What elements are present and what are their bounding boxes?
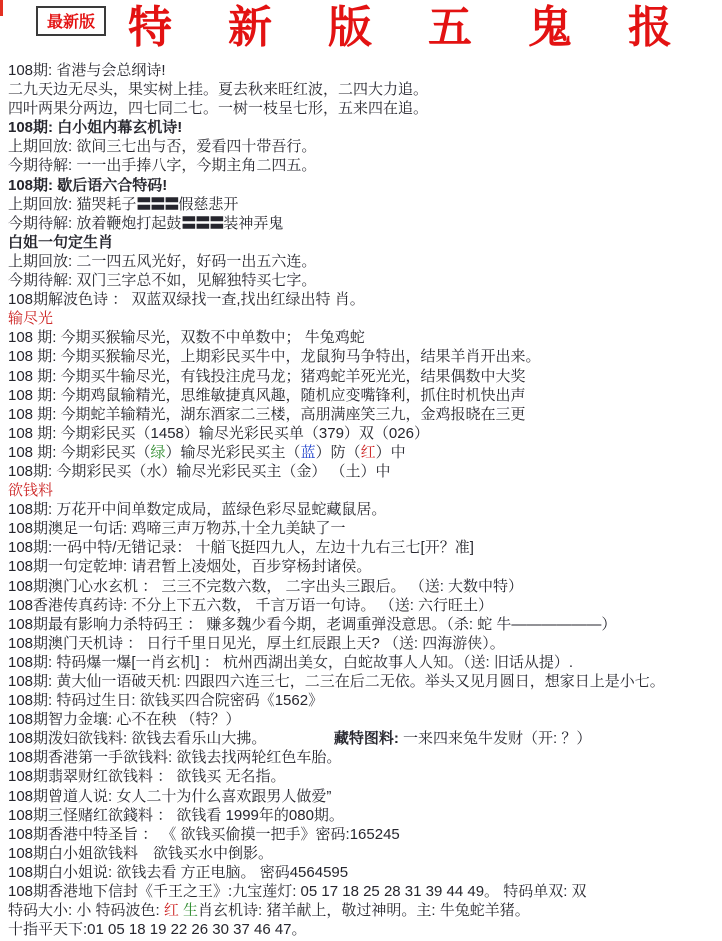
page-title: 特新版五鬼报 — [128, 2, 722, 54]
tip-line: 108 期: 今期买牛输尽光，有钱投注虎马龙；猪鸡蛇羊死光光，结果偶数中大奖 — [8, 367, 722, 386]
tip-line: 108期:一码中特/无错记录： 十艏飞挺四九人，左边十九右三七[开？准] — [8, 538, 722, 557]
text-segment: 108期: 特码爆一爆[一肖玄机] ： 杭州西湖出美女，白蛇故事人人知。（送: … — [8, 654, 573, 671]
text-segment: 108期白小姐说: 欲钱去看 方正电脑。 密码4564595 — [8, 864, 348, 881]
text-segment: 假慈悲开 — [178, 196, 238, 213]
text-segment: 输尽光 — [8, 310, 53, 327]
tip-line: 108 期: 今期彩民买（1458）输尽光彩民买单（379）双（026） — [8, 424, 722, 443]
text-segment: 108期澳门天机诗 ： 日行千里日见光，厚土红辰跟上天? （送: 四海游侠）。 — [8, 635, 505, 652]
page-header: 最新版 特新版五鬼报 — [0, 0, 722, 58]
text-segment: 108期解波色诗 ： 双蓝双绿找一查,找出红绿出特 肖。 — [8, 291, 365, 308]
issue-poem-header: 108期: 省港与会总纲诗! — [8, 61, 722, 80]
tip-line: 108期: 今期彩民买（水）输尽光彩民买主（金） （土）中 — [8, 462, 722, 481]
tip-line: 108期: 万花开中间单数定成局，蓝绿色彩尽显蛇藏鼠居。 — [8, 500, 722, 519]
text-segment: 上期回放: 二一四五风光好，好码一出五六连。 — [8, 253, 316, 270]
text-segment: 红 — [361, 444, 376, 461]
text-segment: 108期: 省港与会总纲诗! — [8, 62, 166, 79]
tip-line: 108期泼妇欲钱料: 欲钱去看乐山大拂。 藏特图料: 一来四来兔牛发财（开: ？… — [8, 729, 722, 748]
text-segment: 上期回放: 欲间三七出与否，爱看四十带吾行。 — [8, 138, 316, 155]
text-segment: 108期香港地下信封《千王之王》:九宝莲灯: 05 17 18 25 28 31… — [8, 883, 587, 900]
tip-line: 108期最有影响力杀特码王 ： 赚多魏少看今期，老调重弹没意思。（杀: 蛇 牛—… — [8, 615, 722, 634]
section-header: 输尽光 — [8, 309, 722, 328]
tip-line: 108期香港中特圣旨 ： 《 欲钱买偷摸一把手》密码:165245 — [8, 825, 722, 844]
content: 108期: 省港与会总纲诗!二九天边无尽头，果实树上挂。夏去秋来旺红波，二四大力… — [0, 58, 722, 939]
prev-issue-line: 上期回放: 欲间三七出与否，爱看四十带吾行。 — [8, 137, 722, 156]
text-segment: 108期: 特码过生日: 欲钱买四合院密码《1562》 — [8, 692, 323, 709]
text-segment: ）输尽光彩民买主（ — [166, 444, 301, 461]
text-segment: 一来四来兔牛发财（开: ？） — [403, 730, 591, 747]
text-segment: 108期一句定乾坤: 请君暂上凌烟处，百步穿杨封诸侯。 — [8, 558, 371, 575]
cur-issue-line: 今期待解: 放着鞭炮打起鼓〓〓〓装神弄鬼 — [8, 214, 722, 233]
text-segment: 今期待解: 一一出手捧八字，今期主角二四五。 — [8, 157, 316, 174]
tip-line: 108期白小姐说: 欲钱去看 方正电脑。 密码4564595 — [8, 863, 722, 882]
tip-line: 特码大小: 小 特码波色: 红 生肖玄机诗: 猪羊献上，敬过神明。主: 牛兔蛇羊… — [8, 901, 722, 920]
tip-line: 108期香港地下信封《千王之王》:九宝莲灯: 05 17 18 25 28 31… — [8, 882, 722, 901]
text-segment: 生 — [183, 902, 198, 919]
tip-line: 108香港传真药诗: 不分上下五六数， 千言万语一句诗。 （送: 六行旺土） — [8, 596, 722, 615]
text-segment: 上期回放: 猫哭耗子 — [8, 196, 136, 213]
text-segment: 白姐一句定生肖 — [8, 234, 113, 251]
text-segment: 108期三怪赌红欲錢料 ： 欲钱看 1999年的080期。 — [8, 807, 344, 824]
tip-line: 108期三怪赌红欲錢料 ： 欲钱看 1999年的080期。 — [8, 806, 722, 825]
tip-line: 108 期: 今期鸡鼠输精光，思维敏捷真风趣，随机应变嘴锋利，抓住时机快出声 — [8, 386, 722, 405]
tip-line: 108期: 特码爆一爆[一肖玄机] ： 杭州西湖出美女，白蛇故事人人知。（送: … — [8, 653, 722, 672]
tip-line: 108 期: 今期蛇羊输精光，湖东酒家二三楼，高朋满座笑三九，金鸡报晓在三更 — [8, 405, 722, 424]
issue-poem-header: 108期: 白小姐内幕玄机诗! — [8, 118, 722, 137]
text-segment: 108期曾道人说: 女人二十为什么喜欢跟男人做爱” — [8, 788, 331, 805]
tip-line: 108期一句定乾坤: 请君暂上凌烟处，百步穿杨封诸侯。 — [8, 557, 722, 576]
text-segment: 108期翡翠财红欲钱料 ： 欲钱买 无名指。 — [8, 768, 286, 785]
prev-issue-line: 上期回放: 二一四五风光好，好码一出五六连。 — [8, 252, 722, 271]
issue-poem-header: 108期: 歇后语六合特码! — [8, 176, 722, 195]
poem-line: 四叶两果分两边，四七同二七。一树一枝呈七形，五来四在追。 — [8, 99, 722, 118]
text-segment: 108 期: 今期彩民买（1458）输尽光彩民买单（379）双（026） — [8, 425, 429, 442]
text-segment: 108 期: 今期买牛输尽光，有钱投注虎马龙；猪鸡蛇羊死光光，结果偶数中大奖 — [8, 368, 526, 385]
text-segment: 108期: 白小姐内幕玄机诗! — [8, 119, 182, 136]
tip-line: 108 期: 今期彩民买（绿）输尽光彩民买主（蓝）防（红）中 — [8, 443, 722, 462]
text-segment: 装神弄鬼 — [223, 215, 283, 232]
text-segment: 108香港传真药诗: 不分上下五六数， 千言万语一句诗。 （送: 六行旺土） — [8, 597, 493, 614]
text-segment: ）中 — [376, 444, 406, 461]
section-subheader: 白姐一句定生肖 — [8, 233, 722, 252]
text-segment: 四叶两果分两边，四七同二七。一树一枝呈七形，五来四在追。 — [8, 100, 428, 117]
cur-issue-line: 今期待解: 一一出手捧八字，今期主角二四五。 — [8, 156, 722, 175]
tip-line: 108期智力金壤: 心不在秧 （特？） — [8, 710, 722, 729]
text-segment: 〓〓〓 — [136, 196, 178, 213]
text-segment: 二九天边无尽头，果实树上挂。夏去秋来旺红波，二四大力追。 — [8, 81, 428, 98]
text-segment: 108期: 黄大仙一语破天机: 四跟四六连三七，二三在后二无依。举头又见月圆日，… — [8, 673, 665, 690]
text-segment: 108期泼妇欲钱料: 欲钱去看乐山大拂。 — [8, 730, 334, 747]
text-segment: 108期:一码中特/无错记录： 十艏飞挺四九人，左边十九右三七[开？准] — [8, 539, 474, 556]
text-segment: 108期香港第一手欲钱料: 欲钱去找两轮红色车胎。 — [8, 749, 341, 766]
text-segment: 108期澳足一句话: 鸡啼三声万物苏,十全九美缺了一 — [8, 520, 346, 537]
tip-line: 108期香港第一手欲钱料: 欲钱去找两轮红色车胎。 — [8, 748, 722, 767]
tip-line: 108期: 特码过生日: 欲钱买四合院密码《1562》 — [8, 691, 722, 710]
text-segment: 108 期: 今期买猴输尽光，双数不中单数中； 牛兔鸡蛇 — [8, 329, 365, 346]
text-segment: 特码大小: 小 特码波色: — [8, 902, 164, 919]
tip-line: 108 期: 今期买猴输尽光，上期彩民买牛中，龙鼠狗马争特出，结果羊肖开出来。 — [8, 347, 722, 366]
tip-line: 108期: 黄大仙一语破天机: 四跟四六连三七，二三在后二无依。举头又见月圆日，… — [8, 672, 722, 691]
tip-line: 108 期: 今期买猴输尽光，双数不中单数中； 牛兔鸡蛇 — [8, 328, 722, 347]
prev-issue-line: 上期回放: 猫哭耗子〓〓〓假慈悲开 — [8, 195, 722, 214]
text-segment: 绿 — [151, 444, 166, 461]
text-segment: ）防（ — [316, 444, 361, 461]
text-segment: 108 期: 今期蛇羊输精光，湖东酒家二三楼，高朋满座笑三九，金鸡报晓在三更 — [8, 406, 526, 423]
text-segment: 108期: 万花开中间单数定成局，蓝绿色彩尽显蛇藏鼠居。 — [8, 501, 386, 518]
text-segment: 欲钱料 — [8, 482, 53, 499]
tip-line: 108期澳门心水玄机 ： 三三不完数六数， 二字出头三跟后。 （送: 大数中特） — [8, 577, 722, 596]
tip-line: 108期澳足一句话: 鸡啼三声万物苏,十全九美缺了一 — [8, 519, 722, 538]
section-header: 欲钱料 — [8, 481, 722, 500]
newest-edition-badge: 最新版 — [36, 6, 106, 36]
text-segment: 108 期: 今期彩民买（ — [8, 444, 151, 461]
text-segment: 藏特图料: — [334, 730, 403, 747]
newest-edition-badge-label: 最新版 — [47, 14, 95, 31]
text-segment: 108期智力金壤: 心不在秧 （特？） — [8, 711, 241, 728]
text-segment: 108期: 今期彩民买（水）输尽光彩民买主（金） （土）中 — [8, 463, 391, 480]
text-segment: 今期待解: 放着鞭炮打起鼓 — [8, 215, 181, 232]
tip-line: 十指平天下:01 05 18 19 22 26 30 37 46 47。 — [8, 920, 722, 939]
text-segment: 肖玄机诗: 猪羊献上，敬过神明。主: 牛兔蛇羊猪。 — [198, 902, 530, 919]
text-segment: 蓝 — [301, 444, 316, 461]
text-segment: 红 — [164, 902, 179, 919]
tip-line: 108期翡翠财红欲钱料 ： 欲钱买 无名指。 — [8, 767, 722, 786]
text-segment: 〓〓〓 — [181, 215, 223, 232]
cur-issue-line: 今期待解: 双门三字总不如，见解独特买七字。 — [8, 271, 722, 290]
text-segment: 108期: 歇后语六合特码! — [8, 177, 167, 194]
text-segment: 108期澳门心水玄机 ： 三三不完数六数， 二字出头三跟后。 （送: 大数中特） — [8, 578, 523, 595]
wave-color-poem: 108期解波色诗 ： 双蓝双绿找一查,找出红绿出特 肖。 — [8, 290, 722, 309]
text-segment: 108 期: 今期鸡鼠输精光，思维敏捷真风趣，随机应变嘴锋利，抓住时机快出声 — [8, 387, 526, 404]
text-segment: 108期最有影响力杀特码王 ： 赚多魏少看今期，老调重弹没意思。（杀: 蛇 牛—… — [8, 616, 616, 633]
tip-line: 108期澳门天机诗 ： 日行千里日见光，厚土红辰跟上天? （送: 四海游侠）。 — [8, 634, 722, 653]
tip-line: 108期白小姐欲钱料 欲钱买水中倒影。 — [8, 844, 722, 863]
poem-line: 二九天边无尽头，果实树上挂。夏去秋来旺红波，二四大力追。 — [8, 80, 722, 99]
text-segment: 今期待解: 双门三字总不如，见解独特买七字。 — [8, 272, 316, 289]
tip-line: 108期曾道人说: 女人二十为什么喜欢跟男人做爱” — [8, 787, 722, 806]
text-segment: 十指平天下:01 05 18 19 22 26 30 37 46 47。 — [8, 921, 307, 938]
text-segment: 108期香港中特圣旨 ： 《 欲钱买偷摸一把手》密码:165245 — [8, 826, 400, 843]
text-segment: 108期白小姐欲钱料 欲钱买水中倒影。 — [8, 845, 273, 862]
text-segment: 108 期: 今期买猴输尽光，上期彩民买牛中，龙鼠狗马争特出，结果羊肖开出来。 — [8, 348, 541, 365]
